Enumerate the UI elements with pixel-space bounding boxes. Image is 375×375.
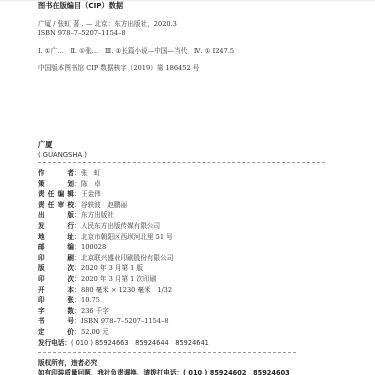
detail-value: 北京联兴盛业印刷股份有限公司	[81, 252, 173, 262]
distribution-phone-value: ( 010 ) 85924663 85924644 85924641	[71, 339, 209, 347]
detail-value: 张 虹	[81, 167, 101, 177]
detail-row: 定价：52.00 元	[38, 326, 109, 337]
detail-value: 100028	[81, 243, 106, 251]
detail-colon: ：	[74, 262, 81, 272]
detail-row: 开本：880 毫米 × 1230 毫米 1/32	[38, 284, 172, 295]
detail-row: 策划：陈 卓	[38, 178, 101, 189]
copyright-notice: 版权所有，违者必究	[38, 357, 97, 367]
detail-label: 书号	[38, 315, 74, 325]
detail-value: 236 千字	[81, 305, 109, 315]
detail-row: 邮编：100028	[38, 241, 106, 252]
divider-top	[38, 162, 325, 163]
detail-row: 出版：东方出版社	[38, 209, 114, 220]
cip-classification-line: Ⅰ. ①广… Ⅱ. ①张… Ⅲ. ①长篇小说—中国—当代 Ⅳ. ① I247.5	[38, 45, 234, 55]
detail-value: 2020 年 3 月第 1 次印刷	[81, 273, 156, 283]
detail-value: 880 毫米 × 1230 毫米 1/32	[81, 284, 172, 294]
copyright-page: 图书在版编目（CIP）数据 广厦 / 张虹 著 . — 北京：东方出版社，202…	[38, 0, 375, 375]
book-title: 广厦	[38, 140, 52, 150]
detail-label: 地址	[38, 231, 74, 241]
detail-label: 版次	[38, 262, 74, 272]
detail-row: 发行：人民东方出版传媒有限公司	[38, 220, 160, 231]
detail-colon: ：	[74, 199, 81, 209]
detail-label: 字数	[38, 305, 74, 315]
detail-colon: ：	[74, 294, 81, 304]
detail-label: 开本	[38, 284, 74, 294]
divider-bottom	[38, 352, 296, 353]
detail-label: 出版	[38, 209, 74, 219]
detail-value: 王金伟	[81, 188, 101, 198]
distribution-phone-label: 发行电话：	[38, 339, 71, 347]
detail-row: 责任编辑：王金伟	[38, 188, 101, 199]
detail-colon: ：	[74, 209, 81, 219]
detail-colon: ：	[74, 220, 81, 230]
detail-label: 定价	[38, 326, 74, 336]
detail-label: 作者	[38, 167, 74, 177]
detail-colon: ：	[74, 305, 81, 315]
cip-number-line: 中国版本图书馆 CIP 数据核字（2019）第 186452 号	[38, 62, 199, 72]
detail-label: 发行	[38, 220, 74, 230]
cip-bibliographic-line: 广厦 / 张虹 著 . — 北京：东方出版社，2020.3	[38, 18, 177, 28]
detail-value: 北京市朝阳区西坝河北里 51 号	[81, 231, 173, 241]
detail-colon: ：	[74, 167, 81, 177]
cip-heading: 图书在版编目（CIP）数据	[38, 1, 123, 11]
detail-value: 陈 卓	[81, 178, 101, 188]
detail-colon: ：	[74, 231, 81, 241]
detail-colon: ：	[74, 252, 81, 262]
detail-row: 书号：ISBN 978–7–5207–1154–8	[38, 315, 169, 326]
detail-row: 字数：236 千字	[38, 305, 109, 316]
cip-isbn-line: ISBN 978–7–5207–1154–8	[38, 29, 126, 37]
distribution-phone: 发行电话：( 010 ) 85924663 85924644 85924641	[38, 337, 209, 347]
detail-label: 印张	[38, 294, 74, 304]
quality-notice: 如有印装质量问题，我社负责调换，请拨打电话：( 010 ) 85924602 8…	[38, 367, 290, 375]
detail-colon: ：	[74, 284, 81, 294]
detail-colon: ：	[74, 188, 81, 198]
detail-row: 印次：2020 年 3 月第 1 次印刷	[38, 273, 156, 284]
detail-value: 谷轶波 赵鹏丽	[81, 199, 127, 209]
detail-value: ISBN 978–7–5207–1154–8	[81, 317, 169, 325]
detail-label: 印次	[38, 273, 74, 283]
detail-row: 印张：10.75	[38, 294, 100, 305]
detail-value: 52.00 元	[81, 326, 109, 336]
detail-colon: ：	[74, 178, 81, 188]
detail-value: 东方出版社	[81, 209, 114, 219]
detail-colon: ：	[74, 273, 81, 283]
detail-row: 版次：2020 年 3 月第 1 版	[38, 262, 143, 273]
detail-label: 邮编	[38, 241, 74, 251]
detail-row: 地址：北京市朝阳区西坝河北里 51 号	[38, 231, 173, 242]
detail-row: 印刷：北京联兴盛业印刷股份有限公司	[38, 252, 173, 263]
detail-row: 责任审校：谷轶波 赵鹏丽	[38, 199, 127, 210]
detail-value: 2020 年 3 月第 1 版	[81, 262, 143, 272]
detail-colon: ：	[74, 241, 81, 251]
detail-label: 印刷	[38, 252, 74, 262]
detail-colon: ：	[74, 326, 81, 336]
book-pinyin: ( GUANGSHA )	[38, 151, 87, 159]
detail-value: 人民东方出版传媒有限公司	[81, 220, 160, 230]
detail-row: 作者：张 虹	[38, 167, 101, 178]
detail-label: 责任编辑	[38, 188, 74, 198]
detail-colon: ：	[74, 315, 81, 325]
detail-label: 策划	[38, 178, 74, 188]
detail-value: 10.75	[81, 296, 100, 304]
detail-label: 责任审校	[38, 199, 74, 209]
